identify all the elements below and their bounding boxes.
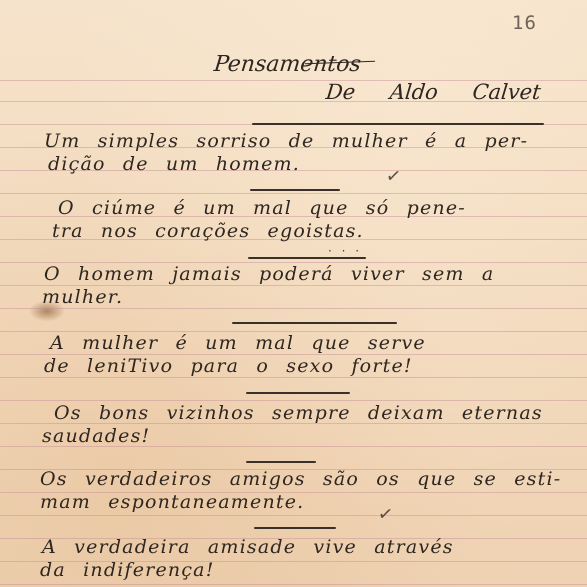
separator-line [232, 322, 397, 324]
ruled-line [0, 400, 587, 401]
thought-7-line-2: da indiferença! [40, 559, 215, 581]
thought-3-line-1: O homem jamais poderá viver sem a [44, 263, 494, 285]
thought-6-line-1: Os verdadeiros amigos são os que se esti… [40, 468, 561, 490]
thought-3-line-2: mulher. [42, 286, 123, 308]
thought-1-line-2: dição de um homem. [48, 153, 300, 175]
thought-2-line-1: O ciúme é um mal que só pene- [58, 197, 466, 219]
author-line: De Aldo Calvet [325, 80, 542, 104]
separator-line [254, 527, 336, 529]
thought-4-line-1: A mulher é um mal que serve [50, 332, 426, 354]
separator-line [252, 123, 544, 125]
separator-line [246, 392, 350, 394]
thought-5-line-2: saudades! [42, 425, 150, 447]
check-mark-icon: ✓ [377, 503, 395, 526]
thought-6-line-2: mam espontaneamente. [40, 491, 304, 513]
page-number: 16 [512, 12, 537, 34]
ellipsis-marks: · · · [328, 244, 362, 258]
ruled-line [0, 377, 587, 378]
thought-5-line-1: Os bons vizinhos sempre deixam eternas [54, 402, 543, 424]
separator-line [250, 189, 340, 191]
ruled-line [0, 584, 587, 585]
thought-1-line-1: Um simples sorriso de mulher é a per- [44, 130, 528, 152]
separator-line [246, 461, 316, 463]
ruled-line [0, 193, 587, 194]
ruled-line [0, 515, 587, 516]
thought-2-line-2: tra nos corações egoistas. [52, 220, 364, 242]
thought-7-line-1: A verdadeira amisade vive através [42, 536, 454, 558]
thought-4-line-2: de leniTivo para o sexo forte! [44, 355, 413, 377]
check-mark-icon: ✓ [385, 165, 403, 188]
ruled-line [0, 308, 587, 309]
separator-line [248, 257, 366, 259]
page-title: Pensamentos [213, 52, 362, 77]
